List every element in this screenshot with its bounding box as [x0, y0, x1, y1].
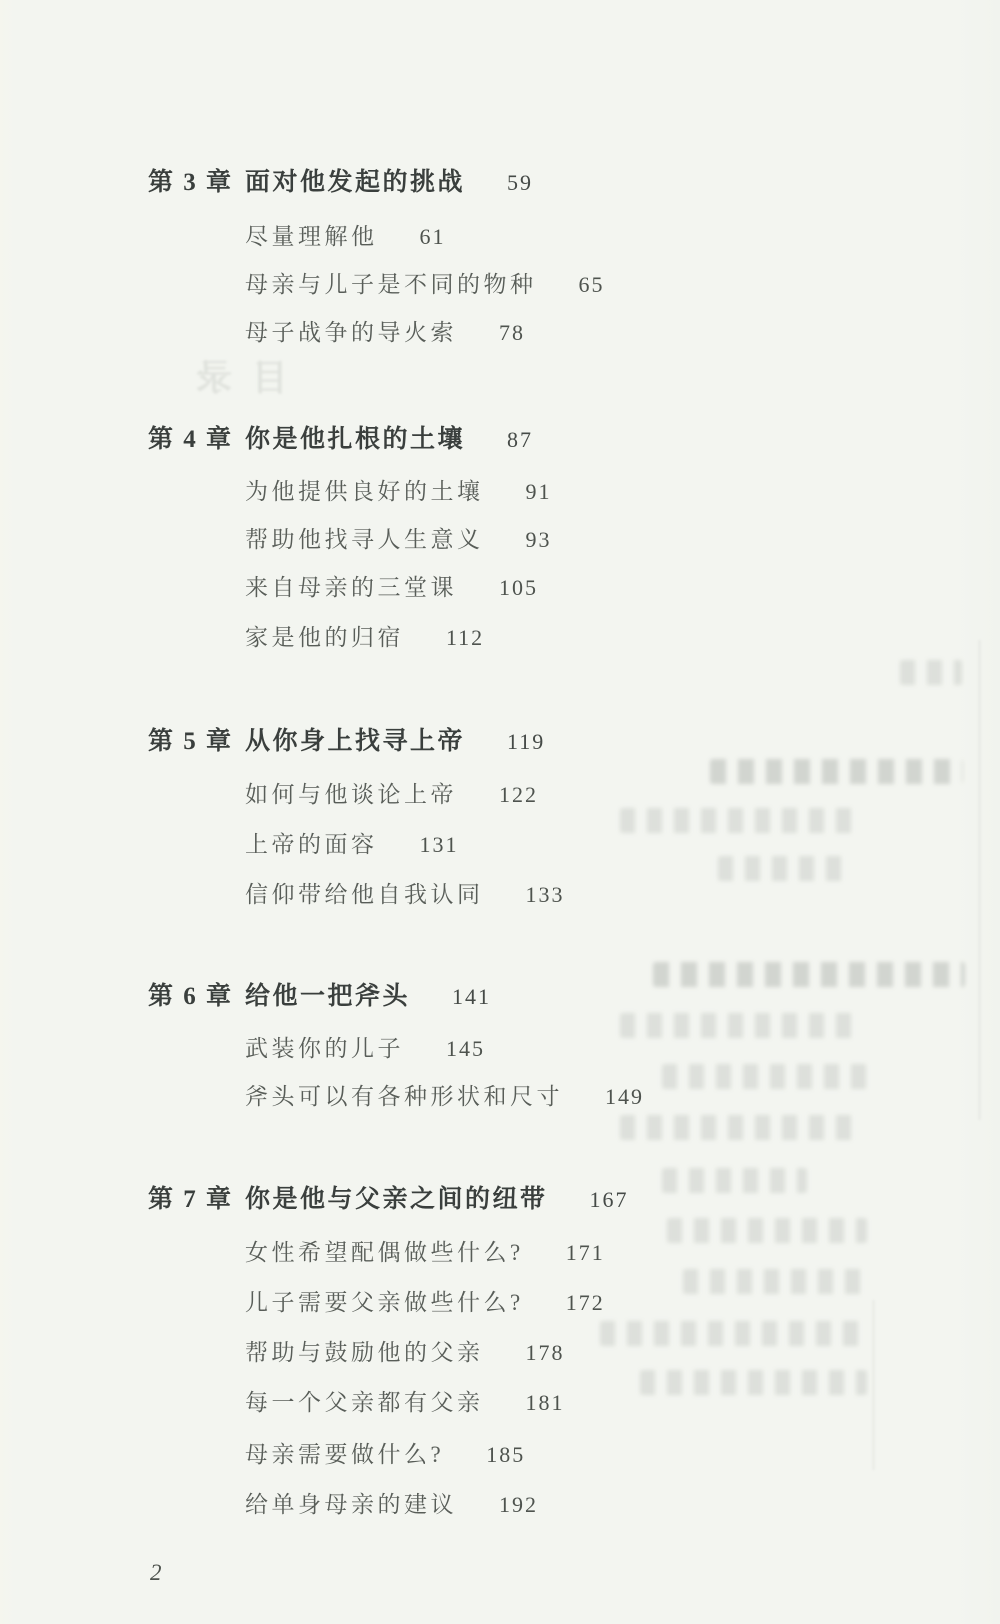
section-title: 来自母亲的三堂课: [245, 575, 457, 600]
chapter-title: 从你身上找寻上帝: [245, 728, 465, 755]
section-title: 斧头可以有各种形状和尺寸: [245, 1084, 563, 1109]
section-title: 信仰带给他自我认同: [245, 882, 484, 907]
bleedthrough-text-line: [662, 1168, 807, 1193]
toc-sub-row: 母子战争的导火索78: [245, 318, 525, 348]
bleedthrough-mirrored-title: 目录: [178, 350, 288, 401]
chapter-title: 你是他扎根的土壤: [245, 426, 465, 453]
section-title: 武装你的儿子: [245, 1036, 404, 1061]
chapter-number-label: 第 3 章: [148, 168, 245, 198]
section-page-number: 78: [499, 320, 525, 345]
toc-sub-row: 尽量理解他61: [245, 222, 446, 252]
toc-sub-row: 家是他的归宿112: [245, 623, 484, 653]
section-page-number: 65: [579, 272, 605, 297]
section-title: 女性希望配偶做些什么?: [245, 1240, 524, 1265]
section-page-number: 172: [566, 1290, 605, 1315]
bleedthrough-text-line: [600, 1321, 867, 1346]
toc-chapter-row: 第 6 章给他一把斧头141: [148, 982, 491, 1012]
toc-chapter-row: 第 3 章面对他发起的挑战59: [148, 168, 533, 198]
toc-sub-row: 儿子需要父亲做些什么?172: [245, 1288, 605, 1318]
chapter-number-label: 第 5 章: [148, 727, 245, 757]
chapter-page-number: 167: [590, 1187, 629, 1212]
section-page-number: 145: [446, 1036, 485, 1061]
chapter-title: 给他一把斧头: [245, 983, 410, 1010]
toc-sub-row: 帮助与鼓励他的父亲178: [245, 1338, 565, 1368]
bleedthrough-text-line: [653, 962, 965, 987]
section-page-number: 149: [605, 1084, 644, 1109]
chapter-number-label: 第 6 章: [148, 982, 245, 1012]
toc-chapter-row: 第 4 章你是他扎根的土壤87: [148, 425, 533, 455]
section-page-number: 112: [446, 625, 484, 650]
section-title: 母亲需要做什么?: [245, 1442, 444, 1467]
toc-sub-row: 斧头可以有各种形状和尺寸149: [245, 1082, 644, 1112]
toc-sub-row: 女性希望配偶做些什么?171: [245, 1238, 605, 1268]
chapter-title: 面对他发起的挑战: [245, 169, 465, 196]
toc-sub-row: 帮助他找寻人生意义93: [245, 525, 552, 555]
section-page-number: 93: [526, 527, 552, 552]
scan-wrinkle: [872, 1300, 875, 1470]
toc-chapter-row: 第 5 章从你身上找寻上帝119: [148, 727, 545, 757]
toc-sub-row: 母亲与儿子是不同的物种65: [245, 270, 605, 300]
bleedthrough-text-line: [683, 1269, 868, 1294]
book-page: 目录 第 3 章面对他发起的挑战59 尽量理解他61 母亲与儿子是不同的物种65…: [0, 0, 1000, 1624]
chapter-page-number: 87: [507, 427, 533, 452]
toc-sub-row: 信仰带给他自我认同133: [245, 880, 565, 910]
bleedthrough-text-line: [620, 1115, 863, 1140]
section-page-number: 178: [526, 1340, 565, 1365]
bleedthrough-text-line: [667, 1218, 867, 1243]
section-page-number: 91: [526, 479, 552, 504]
bleedthrough-text-line: [620, 808, 863, 833]
section-title: 母子战争的导火索: [245, 320, 457, 345]
section-title: 如何与他谈论上帝: [245, 782, 457, 807]
section-page-number: 133: [526, 882, 565, 907]
section-title: 给单身母亲的建议: [245, 1492, 457, 1517]
bleedthrough-text-line: [662, 1064, 867, 1089]
bleedthrough-text-line: [710, 759, 963, 784]
bleedthrough-text-line: [718, 856, 853, 881]
section-title: 上帝的面容: [245, 832, 378, 857]
toc-sub-row: 母亲需要做什么?185: [245, 1440, 525, 1470]
section-title: 每一个父亲都有父亲: [245, 1390, 484, 1415]
chapter-title: 你是他与父亲之间的纽带: [245, 1186, 548, 1213]
section-title: 帮助他找寻人生意义: [245, 527, 484, 552]
section-title: 家是他的归宿: [245, 625, 404, 650]
toc-sub-row: 上帝的面容131: [245, 830, 459, 860]
chapter-number-label: 第 4 章: [148, 425, 245, 455]
section-title: 为他提供良好的土壤: [245, 479, 484, 504]
section-page-number: 185: [486, 1442, 525, 1467]
scan-wrinkle: [978, 640, 981, 1120]
toc-sub-row: 为他提供良好的土壤91: [245, 477, 552, 507]
section-page-number: 181: [526, 1390, 565, 1415]
section-page-number: 192: [499, 1492, 538, 1517]
section-page-number: 131: [420, 832, 459, 857]
toc-sub-row: 来自母亲的三堂课105: [245, 573, 538, 603]
toc-chapter-row: 第 7 章你是他与父亲之间的纽带167: [148, 1185, 629, 1215]
section-title: 母亲与儿子是不同的物种: [245, 272, 537, 297]
toc-sub-row: 给单身母亲的建议192: [245, 1490, 538, 1520]
section-page-number: 171: [566, 1240, 605, 1265]
section-page-number: 61: [420, 224, 446, 249]
section-title: 儿子需要父亲做些什么?: [245, 1290, 524, 1315]
bleedthrough-text-line: [620, 1013, 863, 1038]
section-title: 帮助与鼓励他的父亲: [245, 1340, 484, 1365]
bleedthrough-text-line: [640, 1370, 867, 1395]
toc-sub-row: 武装你的儿子145: [245, 1034, 485, 1064]
folio-page-number: 2: [150, 1560, 162, 1586]
chapter-page-number: 59: [507, 170, 533, 195]
section-page-number: 122: [499, 782, 538, 807]
chapter-page-number: 141: [452, 984, 491, 1009]
chapter-number-label: 第 7 章: [148, 1185, 245, 1215]
section-page-number: 105: [499, 575, 538, 600]
section-title: 尽量理解他: [245, 224, 378, 249]
toc-sub-row: 每一个父亲都有父亲181: [245, 1388, 565, 1418]
chapter-page-number: 119: [507, 729, 545, 754]
toc-sub-row: 如何与他谈论上帝122: [245, 780, 538, 810]
bleedthrough-text-line: [900, 660, 962, 685]
